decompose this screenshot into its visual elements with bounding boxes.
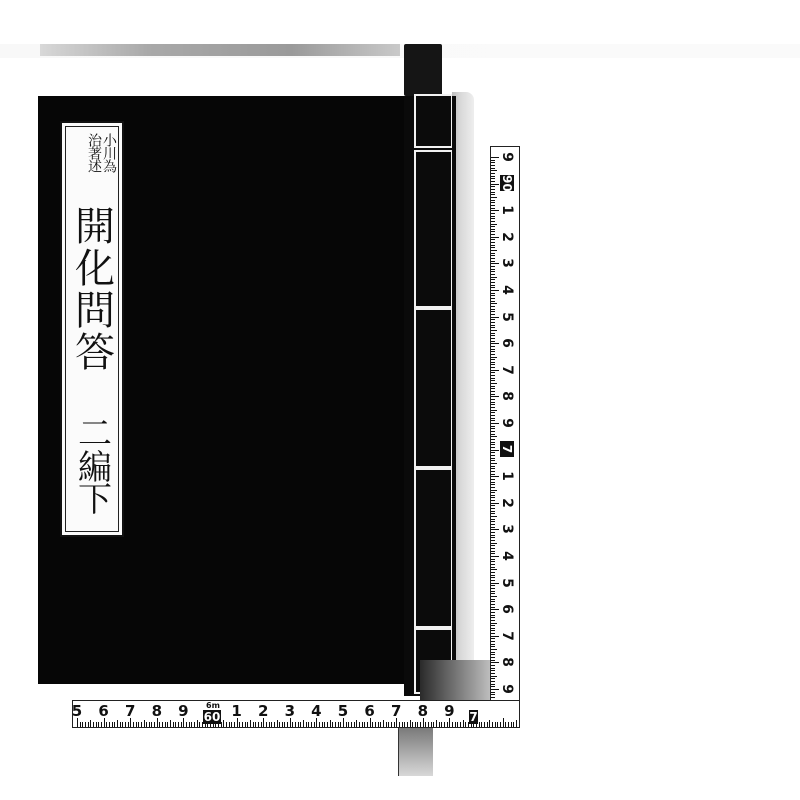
ruler-tick (359, 722, 360, 727)
ruler-tick (491, 410, 497, 411)
ruler-tick (491, 181, 495, 182)
ruler-tick (332, 722, 333, 727)
ruler-tick (491, 216, 495, 217)
ruler-number: 9 (442, 702, 456, 720)
ruler-number: 2 (499, 229, 515, 245)
ruler-number: 9 (499, 681, 515, 697)
ruler-tick (112, 722, 113, 727)
ruler-number: 2 (256, 702, 270, 720)
ruler-tick (441, 722, 442, 727)
ruler-tick (491, 359, 495, 360)
ruler-tick (319, 722, 320, 727)
title-slip: 小川為治著述 開化問答 二編 下 (60, 121, 124, 537)
ruler-number: 7 (469, 710, 478, 724)
ruler-tick (491, 378, 495, 379)
ruler-tick (491, 415, 495, 416)
ruler-tick (491, 676, 497, 677)
ruler-tick (491, 162, 495, 163)
ruler-tick (491, 593, 495, 594)
ruler-tick (491, 407, 495, 408)
ruler-tick (491, 354, 495, 355)
ruler-tick (410, 720, 411, 727)
ruler-tick (491, 633, 495, 634)
ruler-tick (491, 208, 495, 209)
ruler-tick (144, 720, 145, 727)
ruler-number: 6 (499, 335, 515, 351)
ruler-tick (491, 423, 499, 424)
ruler-tick (491, 543, 497, 544)
ruler-tick (226, 722, 227, 727)
ruler-tick (491, 620, 495, 621)
ruler-tick (491, 426, 495, 427)
ruler-tick (491, 325, 495, 326)
ruler-tick (98, 722, 99, 727)
ruler-number: 90 (500, 175, 514, 191)
ruler-tick (178, 722, 179, 727)
ruler-tick (181, 722, 182, 727)
ruler-tick (491, 287, 495, 288)
ruler-number: 5 (70, 702, 84, 720)
ruler-tick (460, 722, 461, 727)
ruler-tick (495, 722, 496, 727)
binding-segment (414, 468, 452, 628)
ruler-tick (223, 720, 224, 727)
ruler-tick (300, 722, 301, 727)
ruler-tick (491, 628, 495, 629)
ruler-number: 5 (336, 702, 350, 720)
ruler-tick (491, 468, 495, 469)
ruler-tick (234, 722, 235, 727)
ruler-tick (491, 194, 495, 195)
ruler-tick (491, 221, 495, 222)
ruler-tick (404, 722, 405, 727)
ruler-tick (491, 630, 495, 631)
ruler-number: 8 (499, 388, 515, 404)
ruler-tick (491, 370, 499, 371)
ruler-tick (491, 444, 495, 445)
ruler-tick (508, 722, 509, 727)
ruler-tick (491, 431, 495, 432)
ruler-number: 7 (389, 702, 403, 720)
ruler-tick (491, 253, 495, 254)
ruler-tick (311, 722, 312, 727)
ruler-tick (491, 346, 495, 347)
ruler-tick (491, 266, 495, 267)
ruler-tick (452, 722, 453, 727)
ruler-tick (491, 551, 495, 552)
ruler-number: 3 (499, 255, 515, 271)
ruler-tick (154, 722, 155, 727)
ruler-tick (491, 638, 495, 639)
ruler-tick (491, 577, 495, 578)
ruler-tick (391, 722, 392, 727)
ruler-tick (412, 722, 413, 727)
ruler-tick (491, 224, 497, 225)
ruler-tick (136, 722, 137, 727)
ruler-tick (308, 722, 309, 727)
ruler-tick (356, 720, 357, 727)
ruler-tick (491, 601, 495, 602)
ruler-tick (380, 722, 381, 727)
ruler-tick (491, 521, 495, 522)
ruler-tick (491, 503, 499, 504)
ruler-number: 60 (203, 710, 221, 724)
ruler-tick (491, 168, 495, 169)
ruler-tick (491, 210, 499, 211)
ruler-tick (491, 668, 495, 669)
ruler-tick (491, 229, 495, 230)
ruler-number: 7 (499, 628, 515, 644)
ruler-tick (491, 604, 495, 605)
ruler-tick (386, 722, 387, 727)
ruler-number: 3 (283, 702, 297, 720)
ruler-tick (229, 722, 230, 727)
ruler-tick (491, 599, 495, 600)
ruler-tick (491, 527, 495, 528)
ruler-tick (457, 722, 458, 727)
ruler-tick (491, 657, 495, 658)
ruler-tick (491, 364, 495, 365)
ruler-tick (491, 271, 495, 272)
ruler-tick (491, 689, 499, 690)
ruler-tick (428, 722, 429, 727)
ruler-tick (484, 722, 485, 727)
ruler-number: 3 (499, 521, 515, 537)
ruler-tick (303, 720, 304, 727)
ruler-tick (491, 583, 499, 584)
ruler-tick (269, 722, 270, 727)
ruler-tick (491, 178, 495, 179)
ruler-tick (491, 367, 495, 368)
ruler-tick (491, 537, 495, 538)
ruler-tick (367, 722, 368, 727)
ruler-tick (491, 641, 495, 642)
ruler-tick (491, 306, 495, 307)
ruler-tick (491, 309, 495, 310)
ruler-tick (491, 569, 497, 570)
ruler-tick (491, 176, 495, 177)
ruler-tick (122, 722, 123, 727)
ruler-tick (491, 567, 495, 568)
binding-segment (414, 308, 452, 468)
ruler-tick (402, 722, 403, 727)
ruler-tick (491, 596, 497, 597)
ruler-tick (253, 722, 254, 727)
ruler-tick (491, 497, 495, 498)
top-clamp (404, 44, 442, 96)
ruler-tick (491, 261, 495, 262)
ruler-tick (491, 189, 495, 190)
ruler-tick (479, 722, 480, 727)
ruler-tick (491, 686, 495, 687)
ruler-tick (90, 720, 91, 727)
ruler-tick (491, 646, 495, 647)
ruler-tick (491, 625, 495, 626)
ruler-tick (491, 263, 499, 264)
ruler-tick (491, 412, 495, 413)
ruler-tick (197, 720, 198, 727)
ruler-tick (491, 609, 499, 610)
ruler-tick (277, 720, 278, 727)
ruler-tick (491, 654, 495, 655)
ruler-tick (491, 487, 495, 488)
ruler-tick (491, 460, 495, 461)
ruler-tick (491, 556, 499, 557)
ruler-tick (491, 269, 495, 270)
ruler-tick (491, 357, 497, 358)
ruler-tick (491, 580, 495, 581)
ruler-tick (292, 722, 293, 727)
ruler-tick (491, 285, 495, 286)
ruler-tick (491, 434, 495, 435)
ruler-tick (431, 722, 432, 727)
ruler-tick (491, 439, 495, 440)
ruler-tick (491, 529, 499, 530)
ruler-tick (491, 490, 497, 491)
ruler-tick (491, 495, 495, 496)
binding-segment (414, 94, 452, 148)
ruler-tick (491, 247, 495, 248)
ruler-tick (388, 722, 389, 727)
ruler-tick (348, 722, 349, 727)
ruler-tick (491, 420, 495, 421)
ruler-tick (491, 237, 499, 238)
ruler-tick (491, 290, 499, 291)
ruler-tick (444, 722, 445, 727)
ruler-tick (167, 722, 168, 727)
ruler-tick (101, 722, 102, 727)
ruler-tick (491, 418, 495, 419)
ruler-tick (491, 322, 495, 323)
ruler-tick (491, 170, 497, 171)
ruler-tick (261, 722, 262, 727)
ruler-number: 1 (499, 468, 515, 484)
ruler-tick (491, 623, 497, 624)
ruler-tick (491, 649, 497, 650)
ruler-tick (425, 722, 426, 727)
ruler-tick (489, 720, 490, 727)
ruler-tick (491, 673, 495, 674)
ruler-tick (439, 722, 440, 727)
ruler-tick (407, 722, 408, 727)
ruler-number: 1 (499, 202, 515, 218)
ruler-tick (138, 722, 139, 727)
ruler-tick (491, 202, 495, 203)
ruler-tick (491, 665, 495, 666)
ruler-tick (491, 607, 495, 608)
ruler-tick (491, 455, 495, 456)
ruler-tick (491, 231, 495, 232)
ruler-tick (491, 617, 495, 618)
ruler-tick (436, 720, 437, 727)
ruler-tick (491, 524, 495, 525)
scanner-edge-strip (40, 44, 400, 56)
ruler-tick (491, 404, 495, 405)
ruler-tick (338, 722, 339, 727)
ruler-tick (354, 722, 355, 727)
ruler-tick (491, 391, 495, 392)
ruler-tick (491, 282, 495, 283)
ruler-number: 1 (230, 702, 244, 720)
ruler-tick (492, 722, 493, 727)
ruler-number: 5 (499, 309, 515, 325)
binding-segment (414, 150, 452, 308)
ruler-number: 9 (499, 415, 515, 431)
ruler-tick (491, 612, 495, 613)
ruler-tick (491, 341, 495, 342)
ruler-tick (491, 662, 499, 663)
ruler-tick (491, 442, 495, 443)
ruler-tick (491, 471, 495, 472)
ruler-tick (500, 722, 501, 727)
ruler-tick (463, 720, 464, 727)
ruler-tick (491, 383, 497, 384)
ruler-tick (491, 303, 497, 304)
ruler-tick (245, 722, 246, 727)
ruler-tick (516, 720, 517, 727)
ruler-tick (415, 722, 416, 727)
ruler-tick (491, 500, 495, 501)
ruler-tick (82, 722, 83, 727)
ruler-tick (239, 722, 240, 727)
ruler-tick (491, 588, 495, 589)
ruler-tick (491, 173, 495, 174)
ruler-tick (491, 513, 495, 514)
author-text: 小川為治著述 (86, 133, 116, 172)
ruler-tick (255, 722, 256, 727)
ruler-tick (491, 197, 497, 198)
ruler-tick (375, 722, 376, 727)
ruler-tick (491, 295, 495, 296)
ruler-tick (491, 540, 495, 541)
ruler-tick (491, 545, 495, 546)
ruler-tick (120, 722, 121, 727)
ruler-tick (298, 722, 299, 727)
ruler-tick (491, 678, 495, 679)
ruler-number: 9 (176, 702, 190, 720)
ruler-tick (383, 720, 384, 727)
ruler-tick (491, 311, 495, 312)
ruler-tick (491, 186, 495, 187)
ruler-tick (491, 436, 497, 437)
ruler-tick (491, 548, 495, 549)
ruler-number: 7 (500, 441, 514, 457)
ruler-tick (109, 722, 110, 727)
ruler-tick (133, 722, 134, 727)
ruler-tick (491, 559, 495, 560)
ruler-tick (491, 670, 495, 671)
ruler-tick (491, 636, 499, 637)
ruler-tick (491, 564, 495, 565)
ruler-number: 8 (150, 702, 164, 720)
ruler-tick (491, 293, 495, 294)
ruler-tick (491, 479, 495, 480)
ruler-tick (491, 519, 495, 520)
ruler-tick (491, 338, 495, 339)
ruler-tick (378, 722, 379, 727)
ruler-tick (491, 615, 495, 616)
ruler-tick (491, 694, 495, 695)
ruler-tick (455, 722, 456, 727)
ruler-tick (465, 722, 466, 727)
ruler-tick (491, 474, 495, 475)
ruler-tick (491, 157, 499, 158)
ruler-tick (306, 722, 307, 727)
shadow (420, 660, 490, 700)
ruler-tick (258, 722, 259, 727)
ruler-tick (274, 722, 275, 727)
ruler-tick (128, 722, 129, 727)
ruler-tick (487, 722, 488, 727)
ruler-tick (491, 484, 495, 485)
ruler-tick (279, 722, 280, 727)
ruler-tick (491, 218, 495, 219)
volume-label: 二編 (68, 415, 117, 483)
ruler-tick (327, 722, 328, 727)
ruler-tick (491, 396, 499, 397)
ruler-number: 4 (499, 282, 515, 298)
ruler-tick (491, 644, 495, 645)
ruler-tick (189, 722, 190, 727)
ruler-tick (491, 447, 495, 448)
ruler-tick (491, 213, 495, 214)
ruler-tick (503, 718, 504, 727)
ruler-tick (85, 722, 86, 727)
ruler-tick (491, 327, 495, 328)
ruler-tick (491, 317, 499, 318)
ruler-tick (491, 380, 495, 381)
ruler-number: 4 (499, 548, 515, 564)
ruler-tick (491, 314, 495, 315)
ruler-number: 6 (97, 702, 111, 720)
ruler-tick (491, 505, 495, 506)
ruler-tick (106, 722, 107, 727)
ruler-tick (497, 722, 498, 727)
ruler-tick (491, 255, 495, 256)
ruler-number: 7 (123, 702, 137, 720)
ruler-tick (491, 575, 495, 576)
ruler-tick (491, 394, 495, 395)
ruler-tick (511, 722, 512, 727)
ruler-tick (372, 722, 373, 727)
ruler-tick (491, 697, 495, 698)
ruler-tick (491, 476, 499, 477)
ruler-tick (491, 585, 495, 586)
ruler-tick (491, 660, 495, 661)
ruler-tick (481, 722, 482, 727)
ruler-tick (491, 362, 495, 363)
ruler-tick (491, 160, 495, 161)
ruler-tick (491, 239, 495, 240)
ruler-tick (114, 722, 115, 727)
ruler-number: 7 (499, 362, 515, 378)
ruler-tick (491, 652, 495, 653)
ruler-tick (491, 561, 495, 562)
ruler-tick (96, 722, 97, 727)
ruler-tick (491, 279, 495, 280)
ruler-number: 6 (363, 702, 377, 720)
ruler-tick (491, 492, 495, 493)
ruler-tick (151, 722, 152, 727)
ruler-tick (491, 458, 495, 459)
ruler-tick (433, 722, 434, 727)
ruler-tick (80, 722, 81, 727)
ruler-tick (186, 722, 187, 727)
ruler-tick (491, 298, 495, 299)
ruler-tick (491, 200, 495, 201)
horizontal-ruler: 567896012345678976m (72, 700, 520, 728)
ruler-tick (250, 720, 251, 727)
